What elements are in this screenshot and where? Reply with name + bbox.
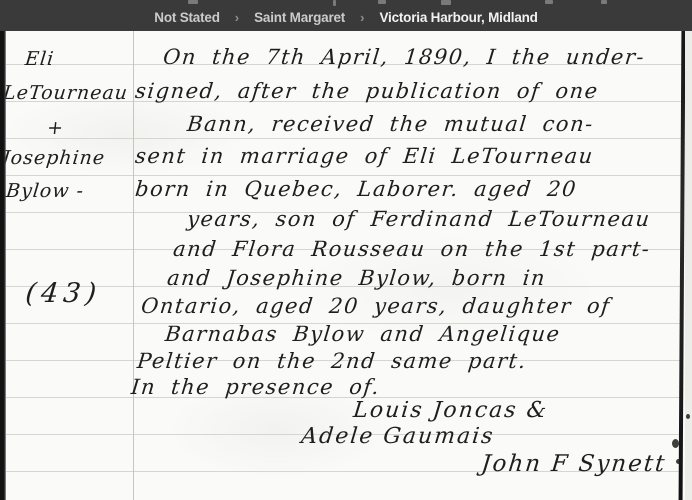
breadcrumb-item-parish[interactable]: Saint Margaret [254,10,345,25]
breadcrumb-bar: Not Stated › Saint Margaret › Victoria H… [0,0,692,31]
margin-note-bride-surname: Bylow - [5,180,85,202]
page-right-margin [685,31,692,500]
page-left-edge [0,31,6,500]
record-text-line: born in Quebec, Laborer. aged 20 [134,177,578,201]
document-scan: Eli LeTourneau + Josephine Bylow - (43) … [0,31,692,500]
chevron-right-icon: › [235,10,239,25]
ink-speck [686,414,690,419]
margin-note-bride-first-name: Josephine [1,147,106,169]
ink-speck [676,459,681,464]
record-text-line: On the 7th April, 1890, I the under- [162,45,646,69]
record-text-line: Ontario, aged 20 years, daughter of [140,294,612,318]
officiant-signature: John F Synett [480,451,668,477]
ink-speck [672,439,679,448]
breadcrumb-item-location-current[interactable]: Victoria Harbour, Midland [379,10,537,25]
record-text-line: signed, after the publication of one [134,79,600,103]
record-text-line: sent in marriage of Eli LeTourneau [134,144,595,168]
witness-signature: Louis Joncas & [352,398,550,423]
record-text-line: Barnabas Bylow and Angelique [164,322,562,346]
breadcrumb-item-collection[interactable]: Not Stated [154,10,220,25]
records-viewer-screen: Not Stated › Saint Margaret › Victoria H… [0,0,692,500]
margin-note-cross-mark: + [46,117,65,139]
ruled-line [6,138,682,139]
breadcrumb: Not Stated › Saint Margaret › Victoria H… [0,0,692,31]
record-text-line: years, son of Ferdinand LeTourneau [186,207,652,231]
margin-note-groom-surname: LeTourneau [2,82,129,104]
record-text-line: and Josephine Bylow, born in [166,266,547,290]
record-text-line: and Flora Rousseau on the 1st part- [172,237,652,261]
ruled-line [6,175,682,176]
record-text-line: Bann, received the mutual con- [186,112,595,136]
record-text-line: Peltier on the 2nd same part. [136,349,528,373]
chevron-right-icon: › [360,10,364,25]
record-text-line: In the presence of. [130,375,381,399]
record-number: (43) [24,278,103,309]
margin-note-groom-first-name: Eli [24,48,55,70]
witness-signature: Adele Gaumais [300,424,496,449]
